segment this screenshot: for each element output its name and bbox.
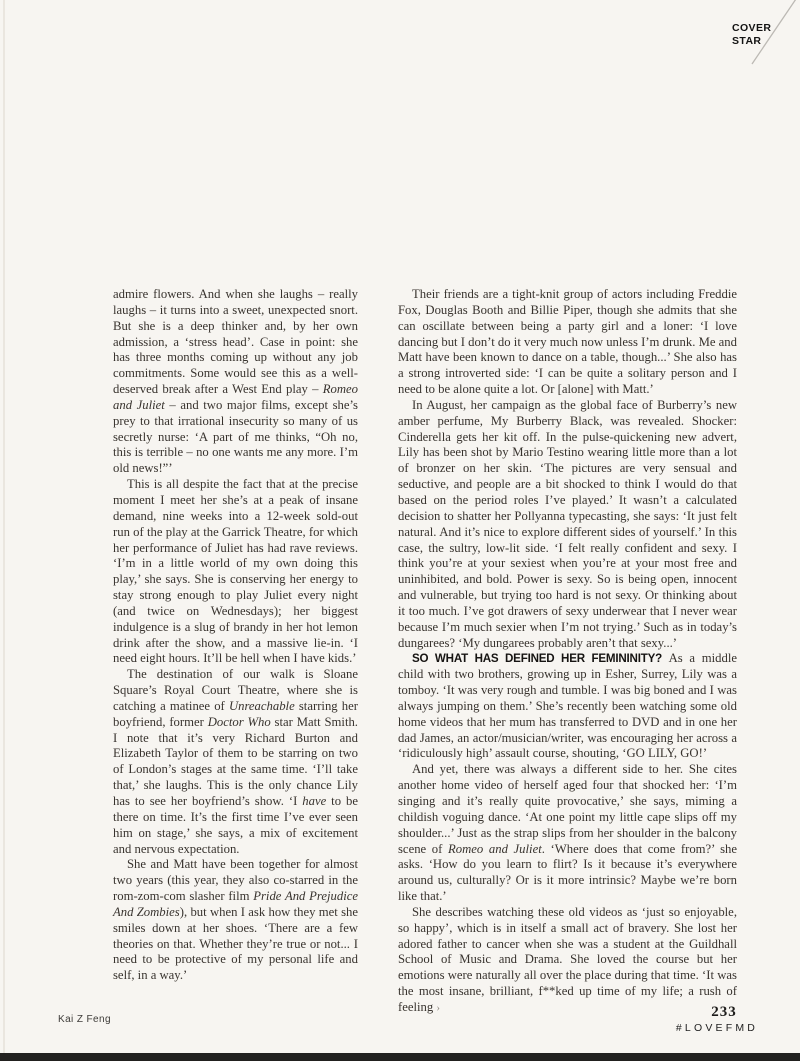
article-column-left: admire flowers. And when she laughs – re… (113, 287, 358, 984)
text-run: › (436, 1002, 440, 1014)
article-paragraph: And yet, there was always a different si… (398, 762, 737, 905)
article-paragraph: In August, her campaign as the global fa… (398, 398, 737, 652)
text-run: Doctor Who (208, 715, 271, 729)
text-run: Unreachable (229, 699, 295, 713)
photographer-credit: Kai Z Feng (58, 1014, 111, 1025)
article-column-right: Their friends are a tight-knit group of … (398, 287, 737, 1017)
text-run: She describes watching these old videos … (398, 905, 737, 1014)
text-run: admire flowers. And when she laughs – re… (113, 287, 358, 396)
magazine-page: { "page": { "background": "#f7f5f1", "te… (0, 0, 800, 1061)
text-run: Their friends are a tight-knit group of … (398, 287, 737, 396)
text-run: have (302, 794, 326, 808)
text-run: As a middle child with two brothers, gro… (398, 651, 737, 760)
article-paragraph: The destination of our walk is Sloane Sq… (113, 667, 358, 857)
article-paragraph: She describes watching these old videos … (398, 905, 737, 1017)
article-paragraph: This is all despite the fact that at the… (113, 477, 358, 667)
article-paragraph: Their friends are a tight-knit group of … (398, 287, 737, 398)
diagonal-rule (730, 0, 800, 72)
text-run: In August, her campaign as the global fa… (398, 398, 737, 650)
page-number: 233 (671, 1004, 777, 1021)
hashtag-lovefmd: #LOVEFMD (657, 1022, 777, 1034)
text-run: Romeo and Juliet (448, 842, 542, 856)
article-paragraph: SO WHAT HAS DEFINED HER FEMININITY? As a… (398, 651, 737, 762)
paragraph-lead-in: SO WHAT HAS DEFINED HER FEMININITY? (412, 652, 669, 665)
article-paragraph: She and Matt have been together for almo… (113, 857, 358, 984)
footer-right-block: 233 #LOVEFMD (657, 1004, 777, 1034)
bottom-edge-bar (0, 1053, 800, 1061)
text-run: This is all despite the fact that at the… (113, 477, 358, 665)
page-edge-shadow (3, 0, 5, 1053)
article-paragraph: admire flowers. And when she laughs – re… (113, 287, 358, 477)
